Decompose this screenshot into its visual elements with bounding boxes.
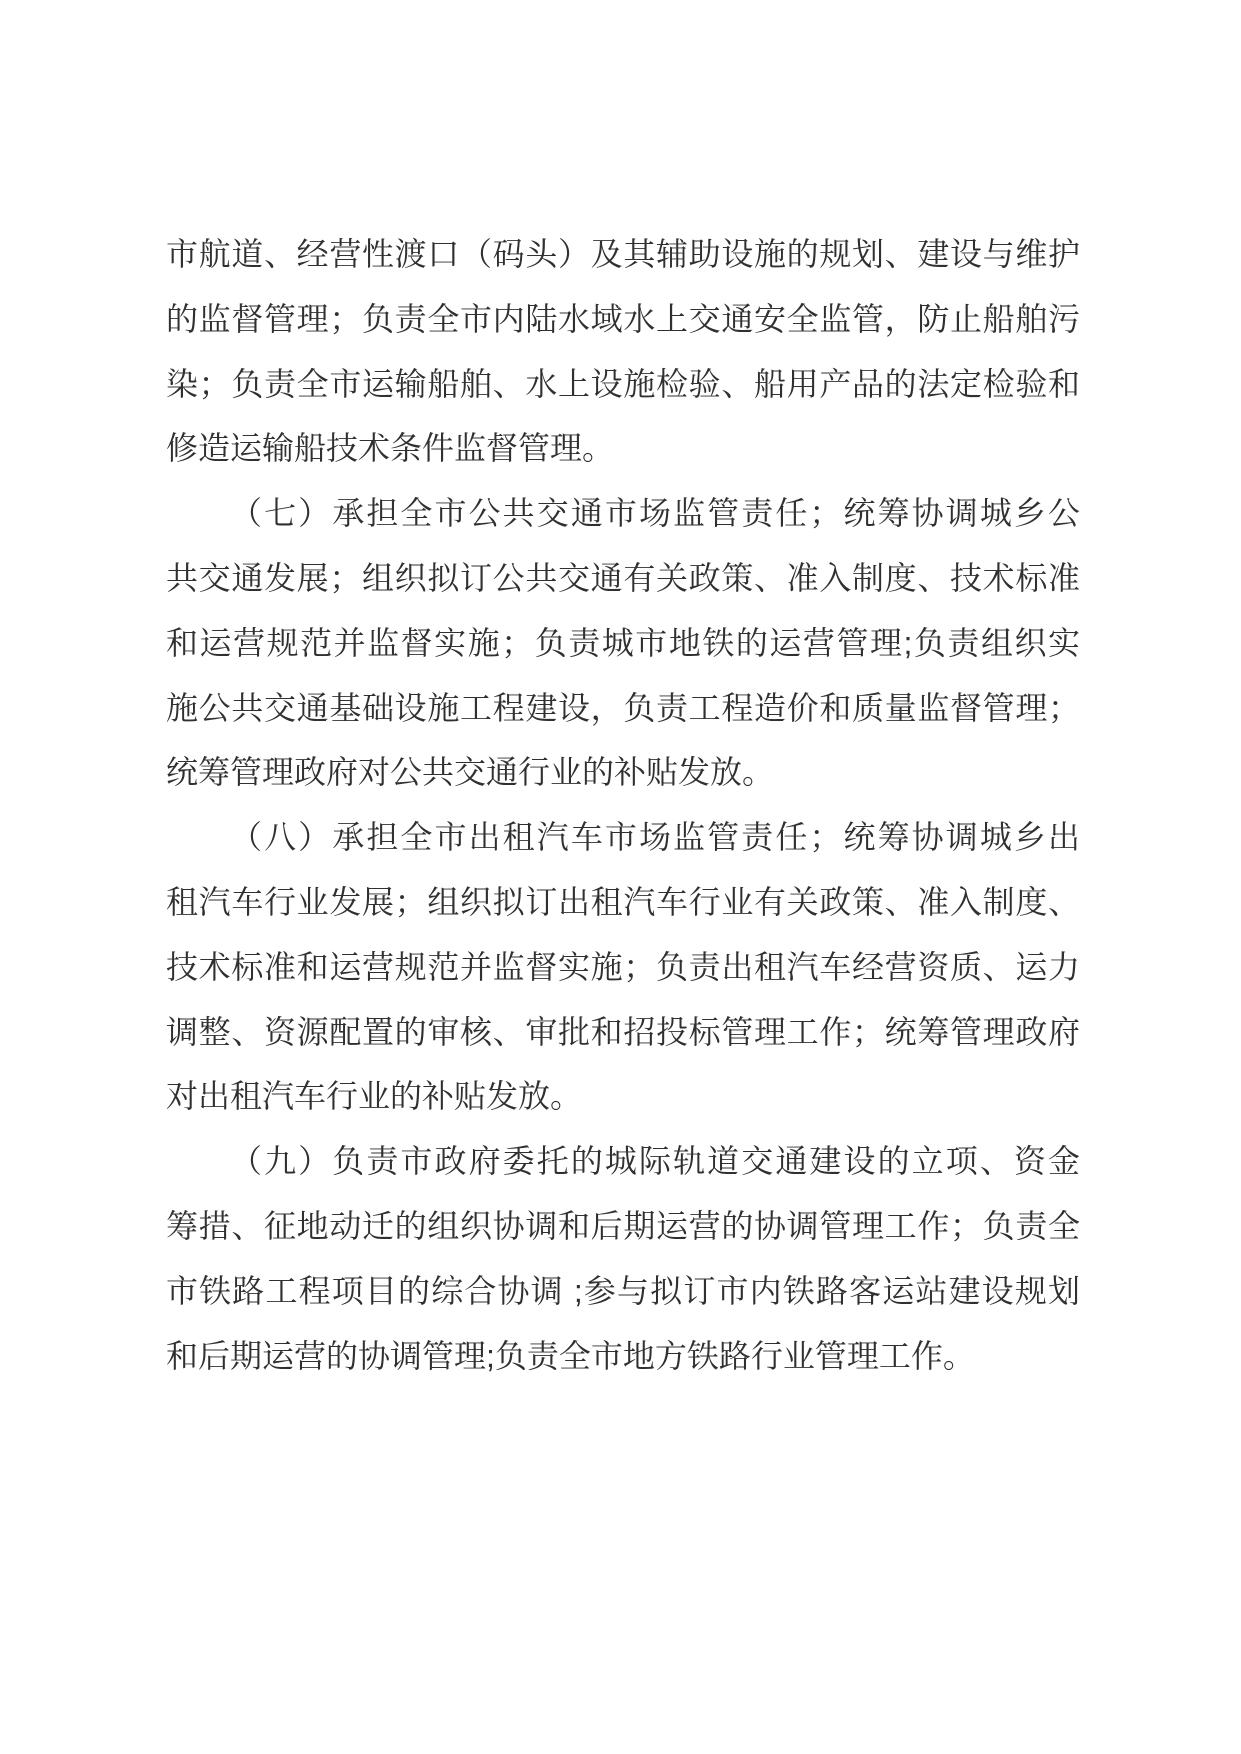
text-line: 对出租汽车行业的补贴发放。 bbox=[166, 1064, 1080, 1129]
text-line: 租汽车行业发展；组织拟订出租汽车行业有关政策、准入制度、 bbox=[166, 870, 1080, 935]
text-line: 调整、资源配置的审核、审批和招投标管理工作；统筹管理政府 bbox=[166, 1000, 1080, 1065]
text-line: 施公共交通基础设施工程建设，负责工程造价和质量监督管理； bbox=[166, 676, 1080, 741]
text-line: 技术标准和运营规范并监督实施；负责出租汽车经营资质、运力 bbox=[166, 935, 1080, 1000]
text-line: 共交通发展；组织拟订公共交通有关政策、准入制度、技术标准 bbox=[166, 546, 1080, 611]
text-line: （九）负责市政府委托的城际轨道交通建设的立项、资金 bbox=[166, 1129, 1080, 1194]
text-line: 统筹管理政府对公共交通行业的补贴发放。 bbox=[166, 740, 1080, 805]
text-line: 筹措、征地动迁的组织协调和后期运营的协调管理工作；负责全 bbox=[166, 1194, 1080, 1259]
document-page: 市航道、经营性渡口（码头）及其辅助设施的规划、建设与维护 的监督管理；负责全市内… bbox=[0, 0, 1241, 1754]
text-line: 市铁路工程项目的综合协调 ;参与拟订市内铁路客运站建设规划 bbox=[166, 1259, 1080, 1324]
text-line: 的监督管理；负责全市内陆水域水上交通安全监管，防止船舶污 bbox=[166, 287, 1080, 352]
text-line: 和运营规范并监督实施；负责城市地铁的运营管理;负责组织实 bbox=[166, 611, 1080, 676]
text-line: （八）承担全市出租汽车市场监管责任；统筹协调城乡出 bbox=[166, 805, 1080, 870]
text-line: 市航道、经营性渡口（码头）及其辅助设施的规划、建设与维护 bbox=[166, 222, 1080, 287]
text-line: 染；负责全市运输船舶、水上设施检验、船用产品的法定检验和 bbox=[166, 352, 1080, 417]
text-block: 市航道、经营性渡口（码头）及其辅助设施的规划、建设与维护 的监督管理；负责全市内… bbox=[166, 222, 1080, 1388]
text-line: （七）承担全市公共交通市场监管责任；统筹协调城乡公 bbox=[166, 481, 1080, 546]
text-line: 和后期运营的协调管理;负责全市地方铁路行业管理工作。 bbox=[166, 1324, 1080, 1389]
text-line: 修造运输船技术条件监督管理。 bbox=[166, 416, 1080, 481]
